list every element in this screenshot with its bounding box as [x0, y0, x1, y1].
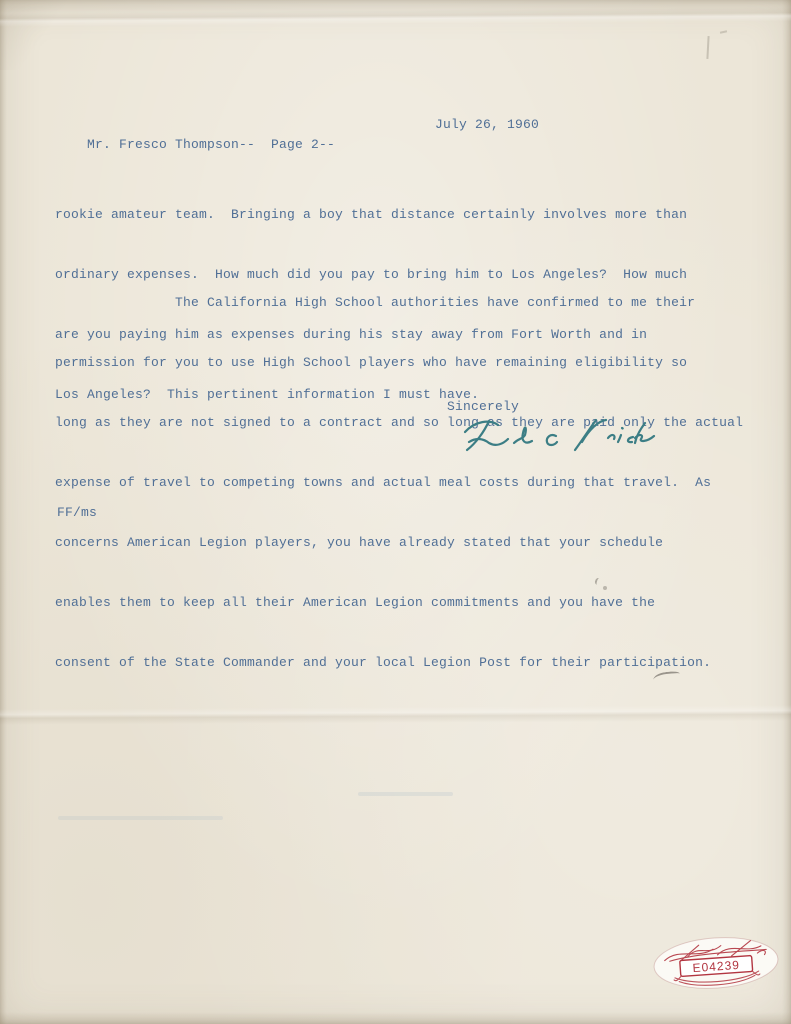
typed-line: permission for you to use High School pl… — [55, 353, 743, 373]
letter-page: Mr. Fresco Thompson-- Page 2-- July 26, … — [0, 0, 791, 1024]
fold-crease-top — [0, 7, 791, 27]
typed-line: concerns American Legion players, you ha… — [55, 533, 743, 553]
ink-smudge — [358, 792, 453, 796]
paper-scratch — [706, 36, 709, 59]
typed-line: enables them to keep all their American … — [55, 593, 743, 613]
paragraph-2: The California High School authorities h… — [55, 253, 743, 713]
addressee-text: Mr. Fresco Thompson-- Page 2-- — [87, 137, 335, 152]
paper-scratch — [720, 30, 727, 33]
typed-line: expense of travel to competing towns and… — [55, 473, 743, 493]
date-line: July 26, 1960 — [435, 115, 539, 135]
ink-smudge — [58, 816, 223, 820]
jsa-authentication-sticker: E04239 — [648, 929, 784, 996]
typed-line: consent of the State Commander and your … — [55, 653, 743, 673]
ford-frick-signature — [455, 411, 670, 463]
corner-fold-shadow — [0, 0, 150, 70]
typist-initials: FF/ms — [57, 503, 97, 523]
typed-line: The California High School authorities h… — [55, 293, 743, 313]
typed-line: rookie amateur team. Bringing a boy that… — [55, 205, 687, 225]
